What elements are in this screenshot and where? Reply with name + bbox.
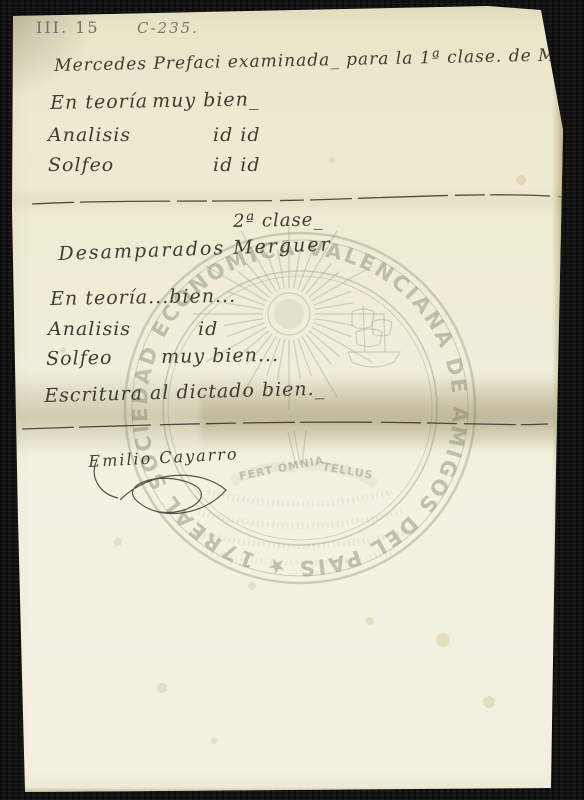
grade: muy bien... bbox=[161, 344, 279, 368]
grade-row: Solfeo id id bbox=[48, 154, 261, 176]
photo-backdrop: REAL SOCIEDAD ECONOMICA VALENCIANA DE AM… bbox=[0, 0, 584, 800]
paper-deckle-edge-bottom bbox=[0, 787, 584, 796]
grade-row: Analisis id bbox=[48, 318, 218, 340]
grade: id bbox=[198, 318, 218, 340]
grade: id id bbox=[213, 124, 261, 146]
document-page: REAL SOCIEDAD ECONOMICA VALENCIANA DE AM… bbox=[0, 0, 584, 800]
subject: Analisis bbox=[48, 318, 198, 340]
ink-rule-line-1 bbox=[32, 195, 562, 204]
grade-row: Analisis id id bbox=[48, 124, 261, 146]
catalog-number: C-235. bbox=[137, 19, 199, 37]
shelf-mark: III. 15 bbox=[36, 18, 100, 37]
subject: Solfeo bbox=[48, 154, 213, 176]
grade-row: En teoría muy bien_ bbox=[50, 88, 260, 114]
subject: En teoría bbox=[50, 90, 152, 114]
grade: muy bien_ bbox=[152, 88, 260, 112]
grade: bien... bbox=[169, 285, 236, 308]
grade-row: Solfeo muy bien... bbox=[46, 344, 279, 370]
signature-flourish bbox=[94, 462, 226, 513]
second-class-title: 2ª clase_ bbox=[233, 209, 324, 232]
subject: En teoría... bbox=[50, 286, 169, 310]
ink-rule-line-2 bbox=[22, 422, 548, 429]
subject: Analisis bbox=[48, 124, 213, 146]
paper-deckle-edge-right bbox=[552, 0, 566, 800]
subject: Solfeo bbox=[46, 346, 161, 370]
grade-row: En teoría... bien... bbox=[50, 285, 236, 310]
grade: id id bbox=[213, 154, 261, 176]
